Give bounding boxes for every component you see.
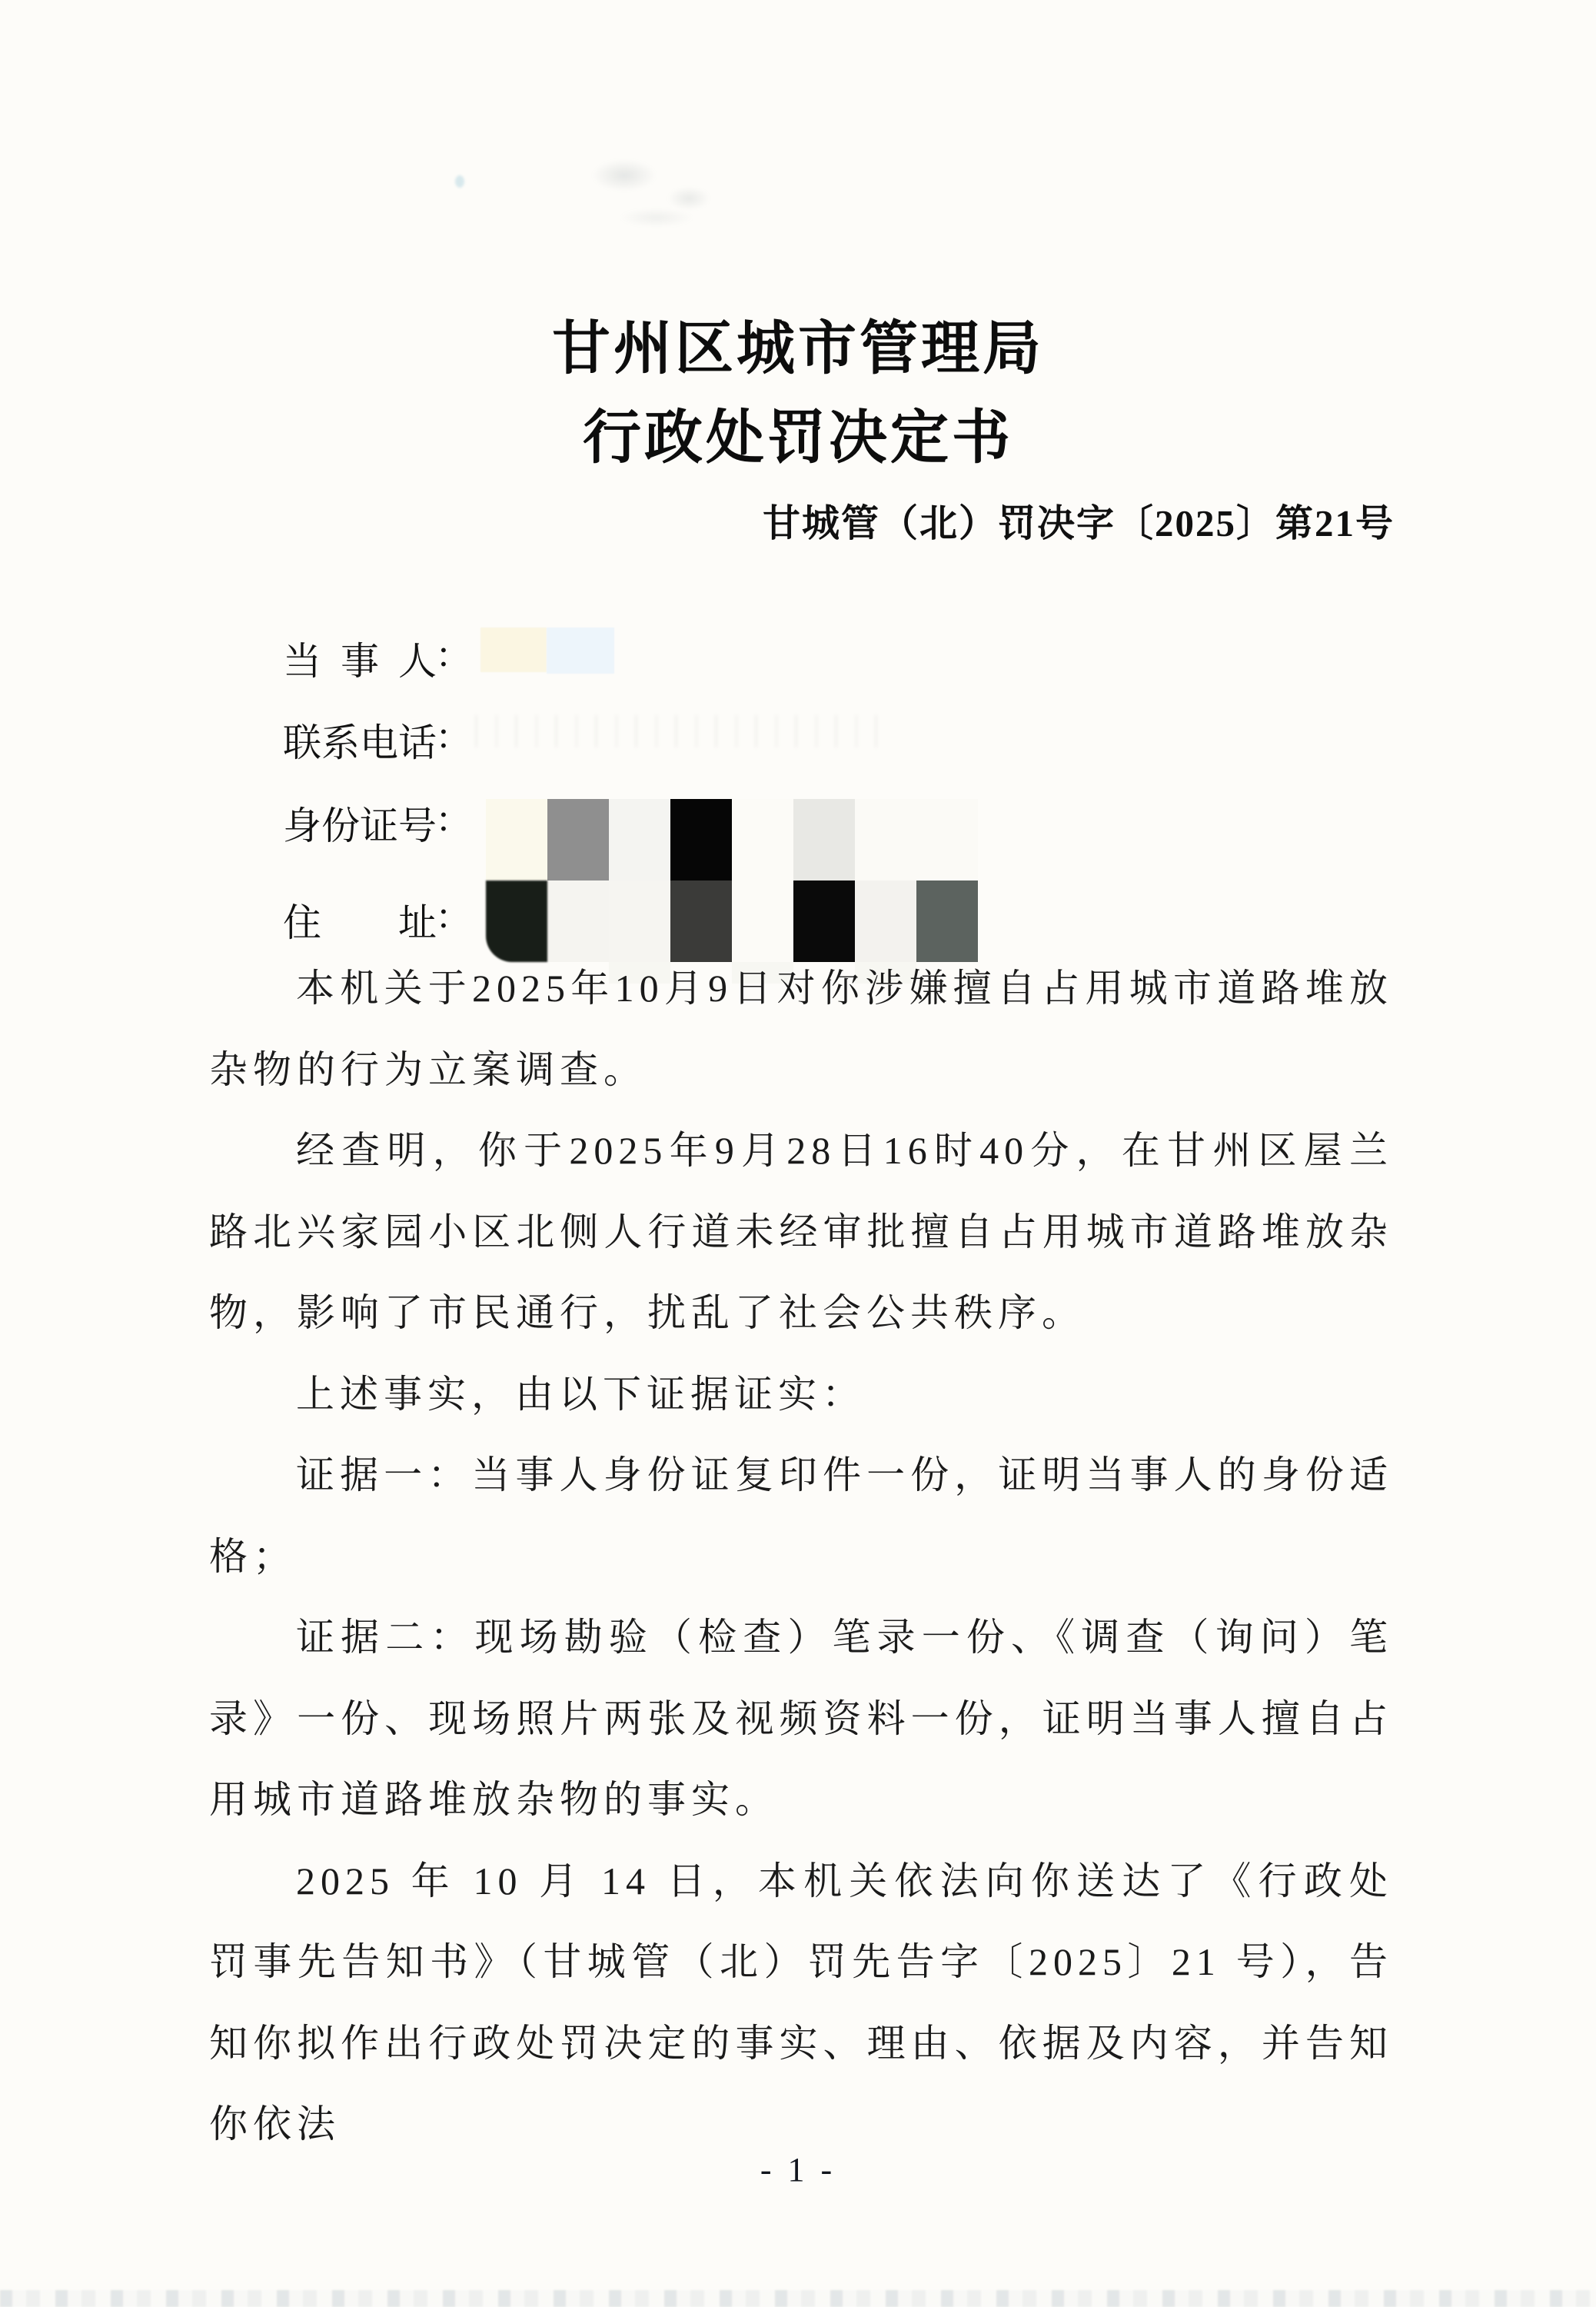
mosaic-cell bbox=[916, 799, 978, 881]
mosaic-cell bbox=[609, 799, 670, 881]
paragraph-case-filing: 本机关于2025年10月9日对你涉嫌擅自占用城市道路堆放杂物的行为立案调查。 bbox=[209, 948, 1393, 1110]
id-number-redaction-mosaic bbox=[486, 799, 978, 881]
document-number: 甘城管（北）罚决字〔2025〕第21号 bbox=[763, 494, 1395, 548]
field-address-label: 住址 bbox=[283, 892, 437, 947]
body-text: 本机关于2025年10月9日对你涉嫌擅自占用城市道路堆放杂物的行为立案调查。 经… bbox=[209, 948, 1393, 2166]
field-party-label: 当事人 bbox=[283, 631, 437, 686]
party-name-erased-block-2 bbox=[547, 628, 614, 674]
paragraph-prior-notice: 2025 年 10 月 14 日，本机关依法向你送达了《行政处罚事先告知书》（甘… bbox=[209, 1841, 1393, 2166]
label-char: 址 bbox=[398, 892, 437, 947]
label-char: 人 bbox=[398, 631, 437, 686]
mosaic-cell bbox=[855, 799, 916, 881]
label-char: 住 bbox=[283, 892, 321, 947]
paragraph-evidence-two: 证据二：现场勘验（检查）笔录一份、《调查（询问）笔录》一份、现场照片两张及视频资… bbox=[209, 1597, 1393, 1841]
mosaic-cell bbox=[547, 799, 609, 881]
paragraph-evidence-intro: 上述事实，由以下证据证实： bbox=[209, 1354, 1393, 1436]
mosaic-cell bbox=[486, 799, 547, 881]
mosaic-cell bbox=[732, 799, 793, 881]
label-char: 联 bbox=[283, 712, 321, 767]
party-name-erased-block bbox=[480, 628, 547, 672]
mosaic-cell bbox=[793, 799, 855, 881]
label-char: 事 bbox=[341, 631, 379, 686]
field-phone-label: 联系电话 bbox=[283, 712, 437, 767]
field-party-colon: : bbox=[438, 631, 449, 675]
label-char: 系 bbox=[321, 712, 360, 767]
document-title: 行政处罚决定书 bbox=[0, 391, 1596, 474]
label-char: 话 bbox=[398, 712, 437, 767]
label-char: 份 bbox=[321, 795, 360, 851]
phone-number-erased-smudge bbox=[475, 715, 890, 747]
paragraph-evidence-one: 证据一：当事人身份证复印件一份，证明当事人的身份适格； bbox=[209, 1435, 1393, 1597]
page-number: - 1 - bbox=[0, 2150, 1596, 2189]
paragraph-facts: 经查明，你于2025年9月28日16时40分，在甘州区屋兰路北兴家园小区北侧人行… bbox=[209, 1110, 1393, 1354]
label-char: 证 bbox=[360, 795, 398, 851]
field-phone-colon: : bbox=[438, 712, 449, 757]
label-char: 号 bbox=[398, 795, 437, 851]
label-char: 电 bbox=[360, 712, 398, 767]
field-party: 当事人: bbox=[283, 631, 449, 677]
label-char: 当 bbox=[283, 631, 321, 686]
scan-smudge bbox=[538, 152, 753, 229]
field-address-colon: : bbox=[438, 892, 449, 937]
scan-ink-dot bbox=[455, 175, 464, 188]
mosaic-cell bbox=[670, 799, 732, 881]
field-id-number-label: 身份证号 bbox=[283, 795, 437, 851]
field-phone: 联系电话: bbox=[283, 712, 449, 758]
scanned-penalty-decision-page: 甘州区城市管理局 行政处罚决定书 甘城管（北）罚决字〔2025〕第21号 当事人… bbox=[0, 0, 1596, 2307]
label-char: 身 bbox=[283, 795, 321, 851]
field-address: 住址: bbox=[283, 892, 449, 938]
field-id-number-colon: : bbox=[438, 795, 449, 840]
field-id-number: 身份证号: bbox=[283, 795, 449, 841]
agency-title: 甘州区城市管理局 bbox=[0, 301, 1596, 385]
scan-edge-noise bbox=[0, 2290, 1596, 2307]
